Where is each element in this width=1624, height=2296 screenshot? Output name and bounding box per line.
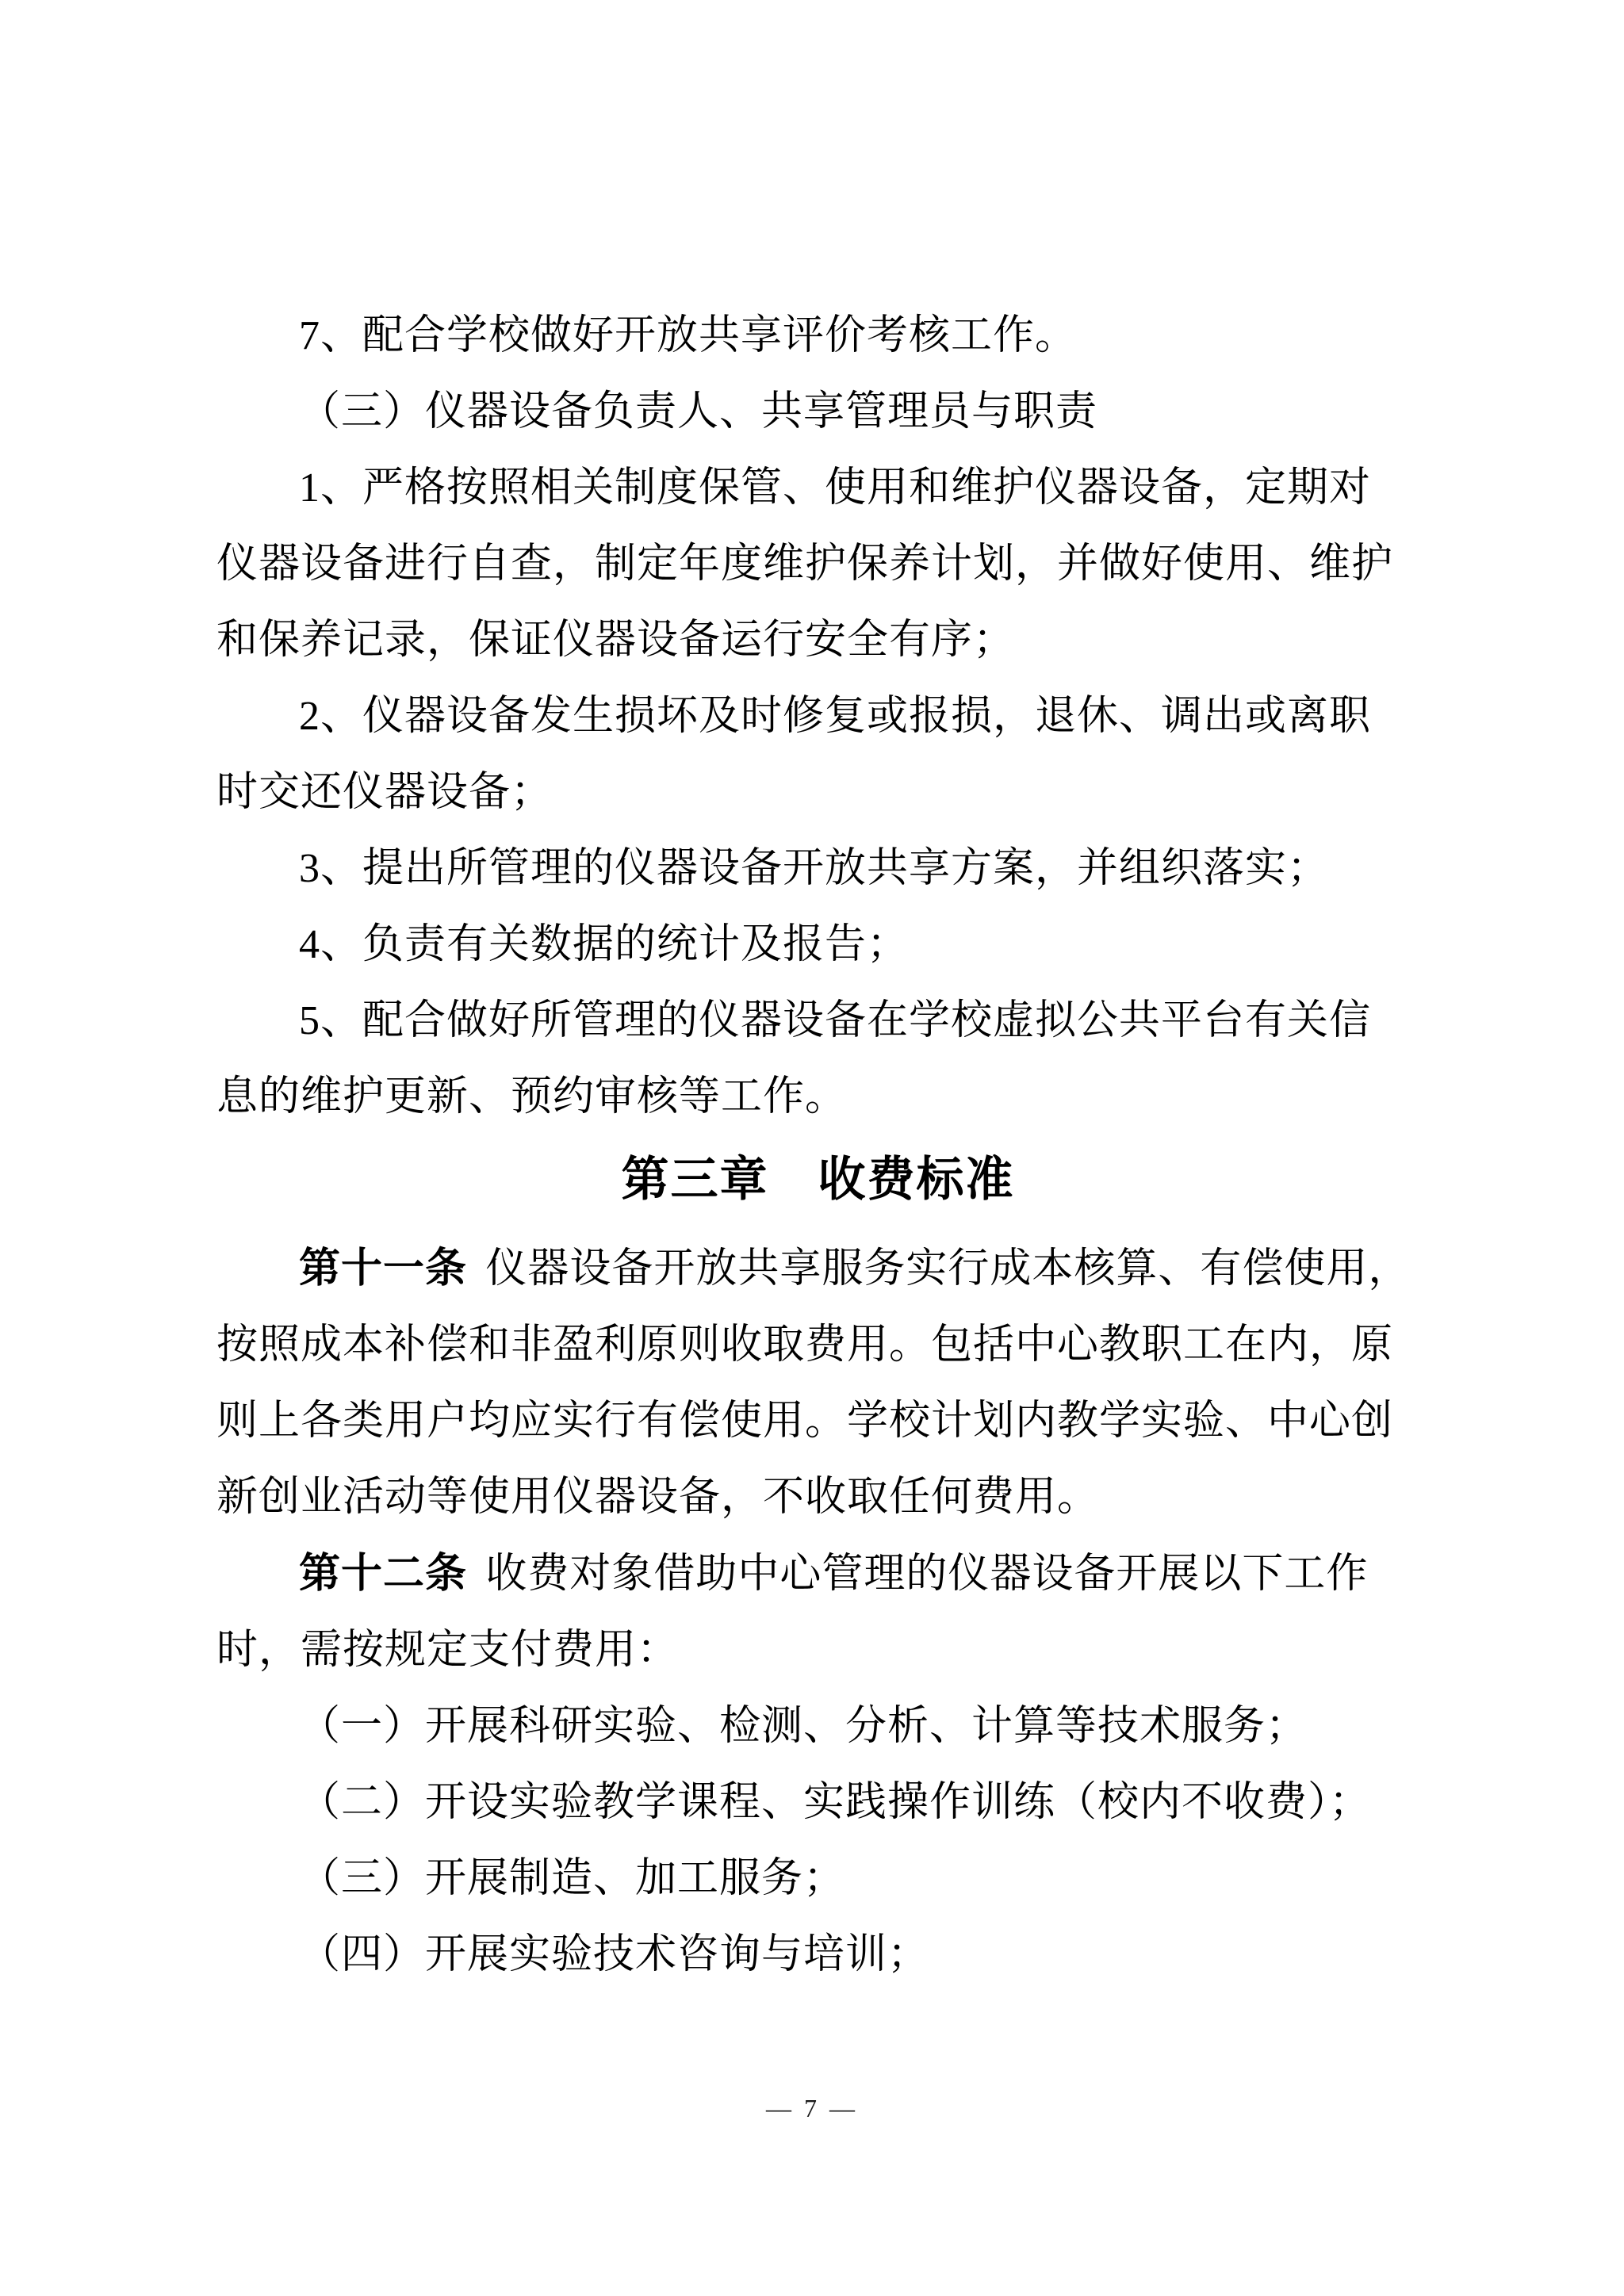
page-root: { "document": { "colors": { "background"…: [0, 0, 1624, 2296]
line-lead-bold: 第十一条: [299, 1246, 467, 1291]
text-line: （三）开展制造、加工服务；: [216, 1841, 1419, 1917]
text-line: 按照成本补偿和非盈利原则收取费用。包括中心教职工在内，原: [216, 1307, 1419, 1383]
page-footer: — 7 —: [0, 2094, 1624, 2123]
text-line: 时交还仪器设备；: [216, 755, 1419, 831]
line-text: 7、配合学校做好开放共享评价考核工作。: [299, 313, 1077, 358]
text-body: 7、配合学校做好开放共享评价考核工作。（三）仪器设备负责人、共享管理员与职责1、…: [216, 298, 1419, 1993]
line-text: （一）开展科研实验、检测、分析、计算等技术服务；: [299, 1704, 1308, 1749]
text-line: 第十一条仪器设备开放共享服务实行成本核算、有偿使用，: [216, 1230, 1419, 1307]
text-line: 3、提出所管理的仪器设备开放共享方案，并组织落实；: [216, 831, 1419, 907]
line-text: 按照成本补偿和非盈利原则收取费用。包括中心教职工在内，原: [216, 1322, 1393, 1368]
text-line: 第十二条收费对象借助中心管理的仪器设备开展以下工作: [216, 1536, 1419, 1613]
line-text: 3、提出所管理的仪器设备开放共享方案，并组织落实；: [299, 846, 1329, 891]
line-text: 2、仪器设备发生损坏及时修复或报损，退休、调出或离职: [299, 694, 1371, 739]
line-text: 仪器设备开放共享服务实行成本核算、有偿使用，: [485, 1246, 1410, 1291]
text-line: 第三章 收费标准: [216, 1142, 1419, 1218]
text-line: （三）仪器设备负责人、共享管理员与职责: [216, 374, 1419, 450]
line-text: 仪器设备进行自查，制定年度维护保养计划，并做好使用、维护: [216, 541, 1393, 587]
line-text: 4、负责有关数据的统计及报告；: [299, 922, 909, 967]
text-line: 5、配合做好所管理的仪器设备在学校虚拟公共平台有关信: [216, 983, 1419, 1059]
text-line: （四）开展实验技术咨询与培训；: [216, 1917, 1419, 1993]
page-number: — 7 —: [766, 2094, 858, 2122]
text-line: 7、配合学校做好开放共享评价考核工作。: [216, 298, 1419, 374]
line-text: 5、配合做好所管理的仪器设备在学校虚拟公共平台有关信: [299, 998, 1371, 1043]
line-text: 收费对象借助中心管理的仪器设备开展以下工作: [485, 1552, 1368, 1597]
text-line: 和保养记录，保证仪器设备运行安全有序；: [216, 603, 1419, 679]
text-line: （二）开设实验教学课程、实践操作训练（校内不收费）；: [216, 1765, 1419, 1841]
line-text: （三）开展制造、加工服务；: [299, 1856, 845, 1901]
line-text: 1、严格按照相关制度保管、使用和维护仪器设备，定期对: [299, 465, 1371, 511]
text-line: 2、仪器设备发生损坏及时修复或报损，退休、调出或离职: [216, 679, 1419, 755]
line-text: （二）开设实验教学课程、实践操作训练（校内不收费）；: [299, 1780, 1371, 1825]
line-text: （四）开展实验技术咨询与培训；: [299, 1932, 929, 1977]
line-text: （三）仪器设备负责人、共享管理员与职责: [299, 389, 1097, 434]
text-line: 则上各类用户均应实行有偿使用。学校计划内教学实验、中心创: [216, 1383, 1419, 1460]
line-text: 息的维护更新、预约审核等工作。: [216, 1074, 847, 1119]
text-line: （一）开展科研实验、检测、分析、计算等技术服务；: [216, 1689, 1419, 1765]
line-text: 新创业活动等使用仪器设备，不收取任何费用。: [216, 1475, 1099, 1520]
line-lead-bold: 第十二条: [299, 1551, 467, 1597]
text-line: 息的维护更新、预约审核等工作。: [216, 1059, 1419, 1135]
document-page: 7、配合学校做好开放共享评价考核工作。（三）仪器设备负责人、共享管理员与职责1、…: [0, 0, 1624, 2296]
text-line: 仪器设备进行自查，制定年度维护保养计划，并做好使用、维护: [216, 526, 1419, 603]
line-text: 时交还仪器设备；: [216, 770, 553, 815]
line-text: 和保养记录，保证仪器设备运行安全有序；: [216, 618, 1015, 663]
line-text: 则上各类用户均应实行有偿使用。学校计划内教学实验、中心创: [216, 1399, 1393, 1444]
text-line: 4、负责有关数据的统计及报告；: [216, 907, 1419, 983]
line-text: 时，需按规定支付费用：: [216, 1628, 679, 1673]
text-line: 新创业活动等使用仪器设备，不收取任何费用。: [216, 1460, 1419, 1536]
text-line: 时，需按规定支付费用：: [216, 1613, 1419, 1689]
line-text: 第三章 收费标准: [622, 1153, 1015, 1206]
text-line: 1、严格按照相关制度保管、使用和维护仪器设备，定期对: [216, 450, 1419, 526]
